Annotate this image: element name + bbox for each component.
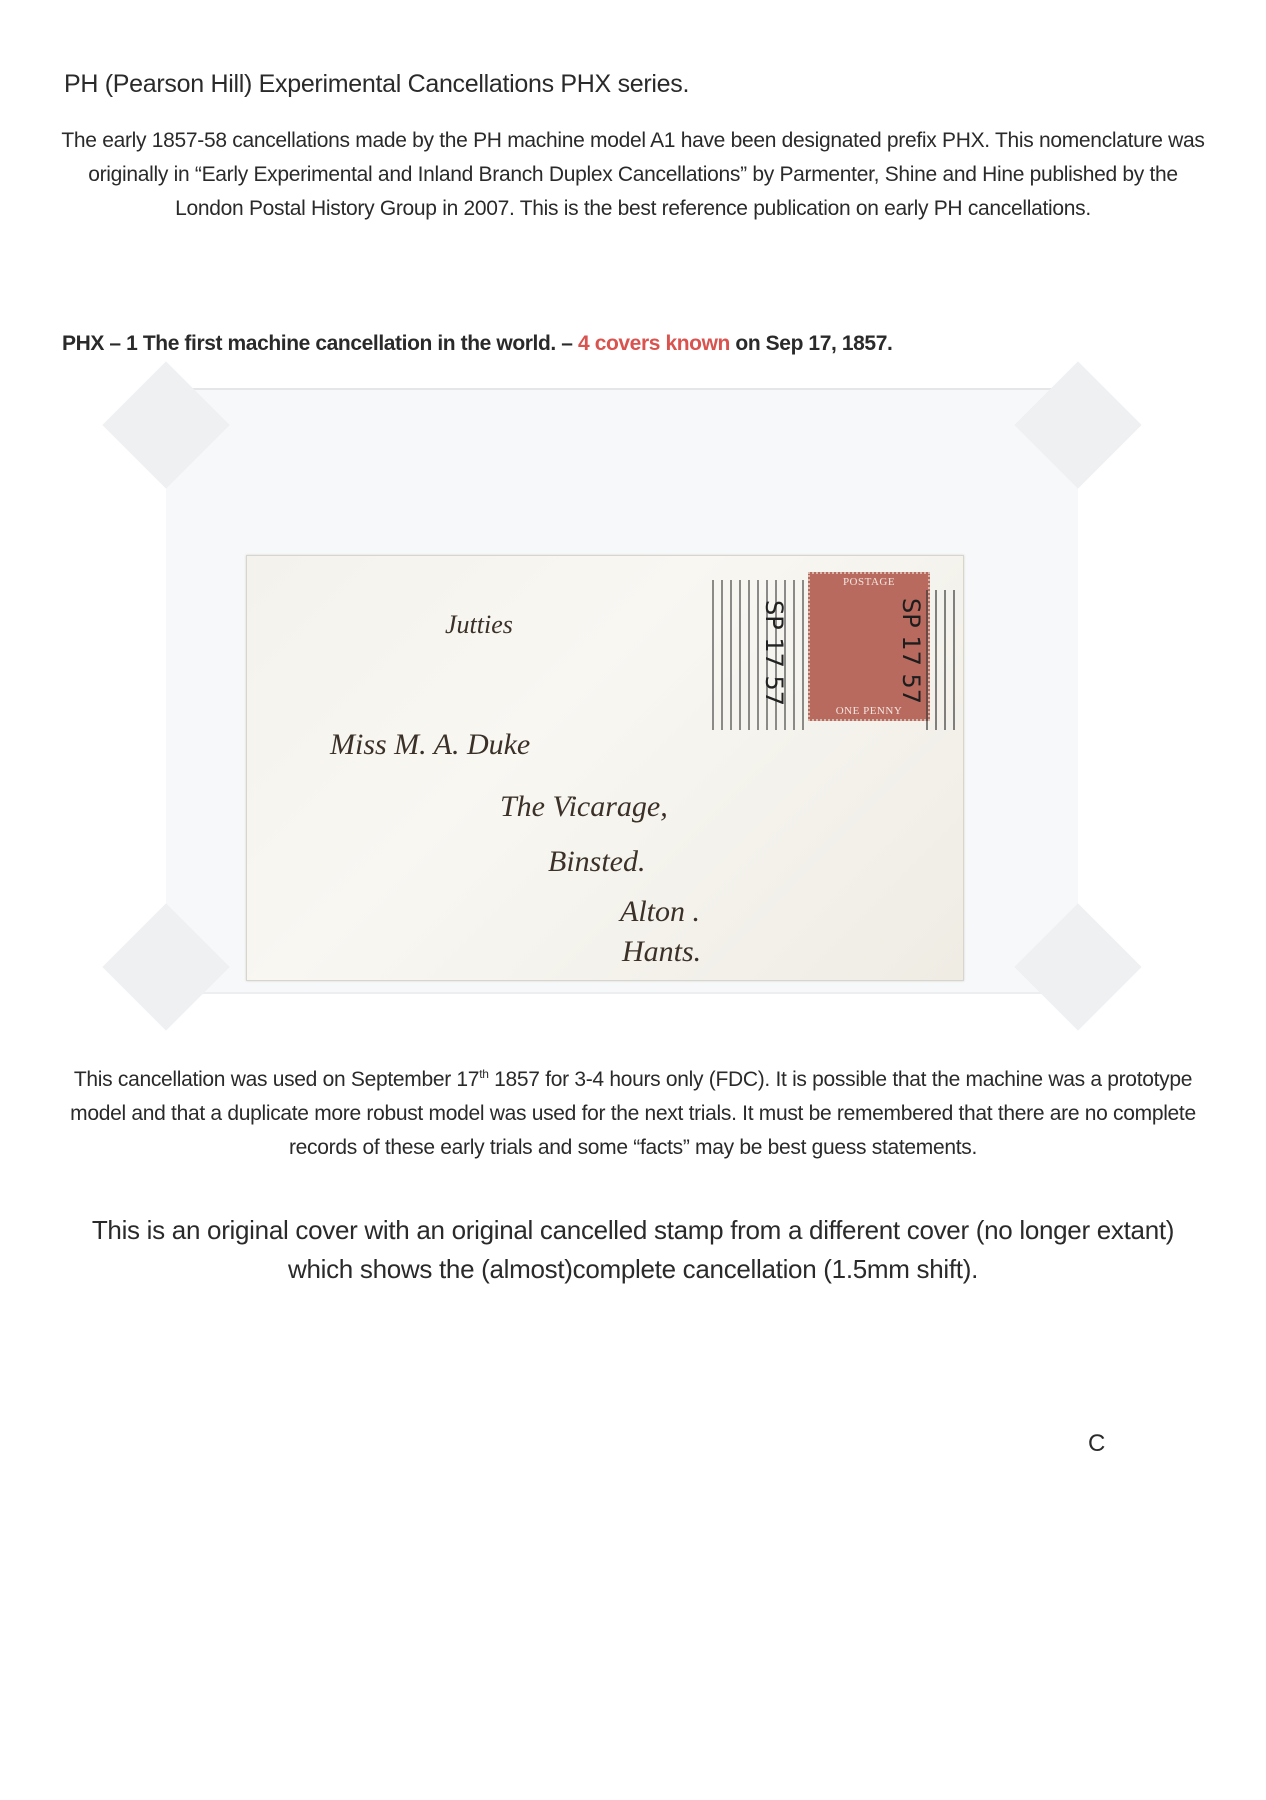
heading-suffix: on Sep 17, 1857.	[730, 332, 892, 355]
page-title: PH (Pearson Hill) Experimental Cancellat…	[64, 70, 689, 99]
heading-prefix: PHX – 1 The first machine cancellation i…	[62, 332, 578, 355]
cover-note: This is an original cover with an origin…	[60, 1211, 1206, 1289]
covers-known-highlight: 4 covers known	[578, 332, 730, 355]
address-line-2: Miss M. A. Duke	[330, 728, 530, 762]
address-line-1: Jutties	[445, 610, 513, 640]
section-heading: PHX – 1 The first machine cancellation i…	[62, 332, 892, 356]
postmark-bars-right	[926, 590, 962, 730]
address-line-6: Hants.	[622, 935, 701, 969]
stamp-top-text: POSTAGE	[810, 576, 928, 588]
page-marker: C	[1088, 1430, 1105, 1458]
description-paragraph: This cancellation was used on September …	[60, 1057, 1206, 1165]
mount-corner-bottom-left	[102, 903, 229, 1030]
address-line-3: The Vicarage,	[500, 790, 668, 824]
mount-corner-bottom-right	[1014, 903, 1141, 1030]
intro-paragraph: The early 1857-58 cancellations made by …	[60, 124, 1206, 226]
address-line-4: Binsted.	[548, 845, 646, 879]
postmark-left-date: SP 17 57	[760, 600, 788, 706]
mount-corner-top-right	[1014, 361, 1141, 488]
stamp-bottom-text: ONE PENNY	[810, 705, 928, 717]
mount-corner-top-left	[102, 361, 229, 488]
address-line-5: Alton .	[620, 895, 700, 929]
postmark-right-date: SP 17 57	[897, 598, 925, 704]
